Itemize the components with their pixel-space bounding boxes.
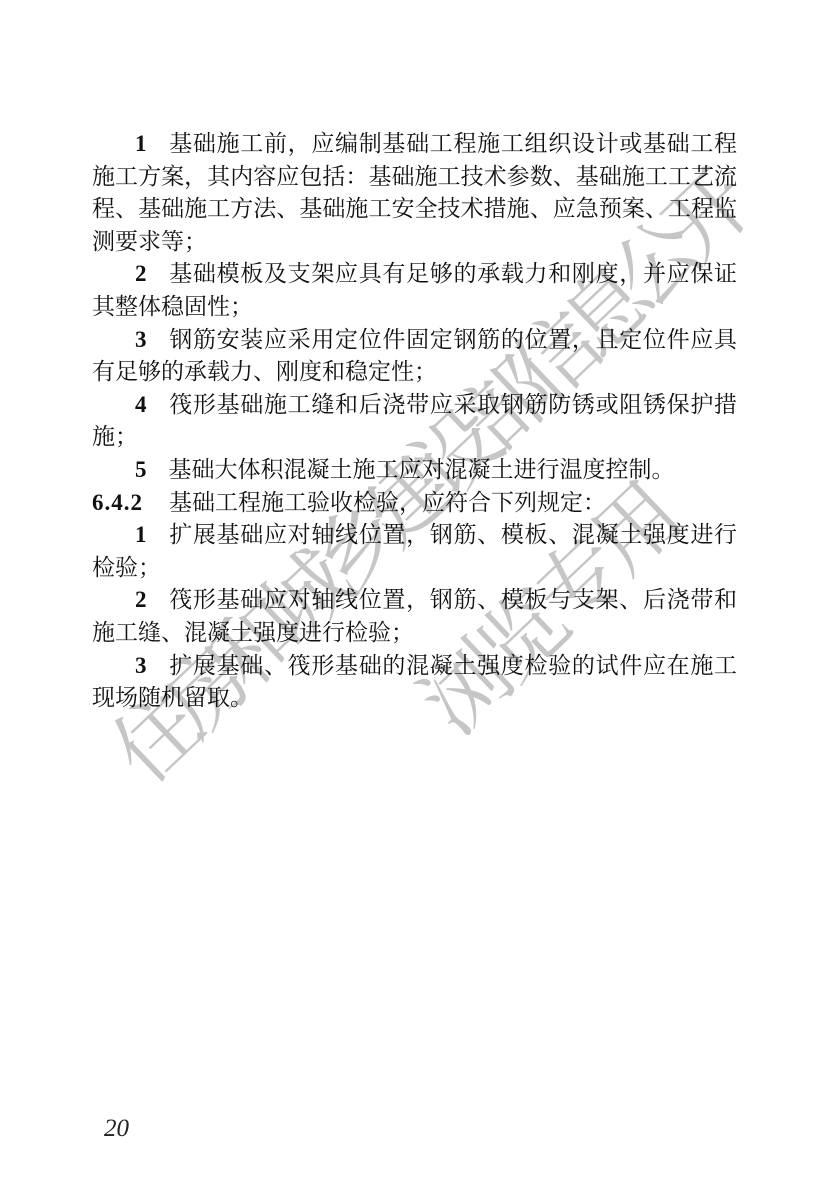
paragraph-text: 基础模板及支架应具有足够的承载力和刚度，并应保证其整体稳固性；	[92, 261, 737, 319]
paragraph-text: 扩展基础、筏形基础的混凝土强度检验的试件应在施工现场随机留取。	[92, 653, 737, 711]
item-number: 2	[135, 587, 148, 612]
item-number: 1	[135, 522, 148, 547]
list-item-paragraph: 3扩展基础、筏形基础的混凝土强度检验的试件应在施工现场随机留取。	[92, 650, 737, 715]
document-page: 住房和城乡建设部信息公开 浏览专用 1基础施工前，应编制基础工程施工组织设计或基…	[0, 0, 828, 1198]
item-number: 5	[135, 457, 148, 482]
list-item-paragraph: 2基础模板及支架应具有足够的承载力和刚度，并应保证其整体稳固性；	[92, 258, 737, 323]
clause-number: 6.4.2	[92, 490, 143, 515]
list-item-paragraph: 5基础大体积混凝土施工应对混凝土进行温度控制。	[92, 454, 737, 487]
item-number: 1	[135, 131, 148, 156]
list-item-paragraph: 1基础施工前，应编制基础工程施工组织设计或基础工程施工方案，其内容应包括：基础施…	[92, 128, 737, 258]
paragraph-text: 扩展基础应对轴线位置，钢筋、模板、混凝土强度进行检验；	[92, 522, 737, 580]
item-number: 4	[135, 392, 148, 417]
paragraph-text: 基础工程施工验收检验，应符合下列规定：	[169, 490, 606, 515]
paragraph-text: 基础大体积混凝土施工应对混凝土进行温度控制。	[169, 457, 675, 482]
list-item-paragraph: 1扩展基础应对轴线位置，钢筋、模板、混凝土强度进行检验；	[92, 519, 737, 584]
page-number: 20	[104, 1115, 129, 1143]
list-item-paragraph: 3钢筋安装应采用定位件固定钢筋的位置，且定位件应具有足够的承载力、刚度和稳定性；	[92, 324, 737, 389]
list-item-paragraph: 2筏形基础应对轴线位置，钢筋、模板与支架、后浇带和施工缝、混凝土强度进行检验；	[92, 584, 737, 649]
item-number: 2	[135, 261, 148, 286]
paragraph-text: 筏形基础应对轴线位置，钢筋、模板与支架、后浇带和施工缝、混凝土强度进行检验；	[92, 587, 737, 645]
paragraph-text: 筏形基础施工缝和后浇带应采取钢筋防锈或阻锈保护措施；	[92, 392, 737, 450]
clause-paragraph: 6.4.2基础工程施工验收检验，应符合下列规定：	[92, 487, 737, 520]
document-body-text: 1基础施工前，应编制基础工程施工组织设计或基础工程施工方案，其内容应包括：基础施…	[92, 128, 737, 715]
list-item-paragraph: 4筏形基础施工缝和后浇带应采取钢筋防锈或阻锈保护措施；	[92, 389, 737, 454]
item-number: 3	[135, 653, 148, 678]
paragraph-text: 钢筋安装应采用定位件固定钢筋的位置，且定位件应具有足够的承载力、刚度和稳定性；	[92, 327, 737, 385]
paragraph-text: 基础施工前，应编制基础工程施工组织设计或基础工程施工方案，其内容应包括：基础施工…	[92, 131, 737, 254]
item-number: 3	[135, 327, 148, 352]
